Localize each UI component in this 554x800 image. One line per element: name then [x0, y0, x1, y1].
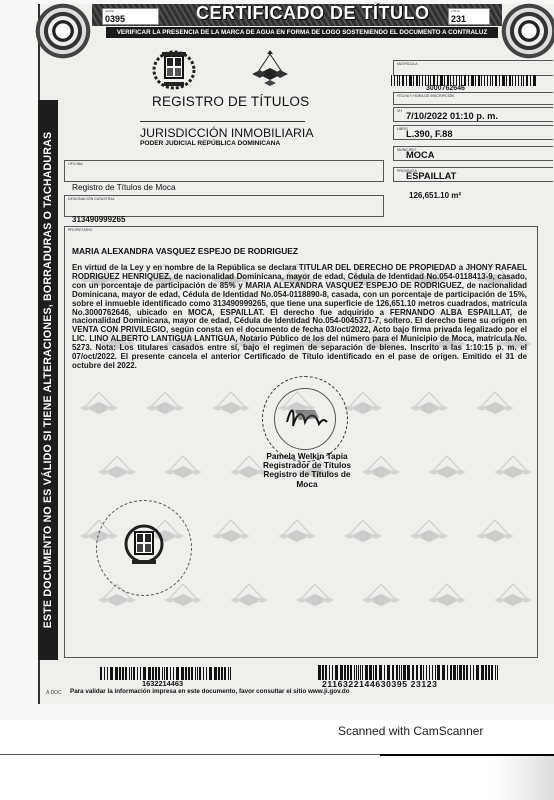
watermark-emblem-icon	[474, 518, 516, 546]
certificate-title: CERTIFICADO DE TÍTULO	[196, 3, 430, 24]
owner-name: MARIA ALEXANDRA VASQUEZ ESPEJO DE RODRIG…	[72, 246, 298, 256]
watermark-emblem-icon	[360, 582, 402, 610]
serial-right-box: FOLIO 231	[448, 8, 490, 25]
watermark-emblem-icon	[162, 454, 204, 482]
validation-notice: Para validar la información impresa en e…	[70, 688, 350, 695]
libro-value: L.390, F.88	[406, 129, 453, 139]
registry-emblem-icon	[246, 48, 294, 88]
watermark-emblem-icon	[144, 390, 186, 418]
designacion-value: 313490999265	[72, 215, 125, 224]
matricula-number: 3000762646	[426, 85, 465, 92]
watermark-emblem-icon	[360, 454, 402, 482]
watermark-emblem-icon	[96, 454, 138, 482]
provincia-value: ESPAILLAT	[406, 171, 456, 181]
seal-coat-of-arms-icon	[124, 522, 164, 566]
watermark-emblem-icon	[276, 518, 318, 546]
libro-field: LIBRO L.390, F.88	[393, 125, 553, 140]
municipio-field: MUNICIPIO MOCA	[393, 146, 553, 161]
verify-notice: VERIFICAR LA PRESENCIA DE LA MARCA DE AG…	[106, 27, 498, 38]
watermark-emblem-icon	[426, 582, 468, 610]
superficie-value: 126,651.10 m²	[409, 191, 461, 200]
signature-scribble-icon	[285, 402, 329, 432]
watermark-emblem-icon	[342, 518, 384, 546]
camscanner-watermark: Scanned with CamScanner	[338, 724, 483, 738]
registrar-office: Registro de Títulos de Moca	[252, 470, 362, 488]
fecha-value-field: VH 7/10/2022 01:10 p. m.	[393, 107, 553, 122]
signature-block: Pamela Welkin Tapia Registrador de Títul…	[252, 452, 362, 489]
ornament-corner-left-icon	[34, 2, 92, 60]
coat-of-arms-icon	[152, 48, 196, 90]
matricula-field: MATRÍCULA	[393, 60, 553, 76]
watermark-emblem-icon	[228, 582, 270, 610]
watermark-emblem-icon	[78, 390, 120, 418]
title-declaration-text: En virtud de la Ley y en nombre de la Re…	[72, 264, 527, 371]
watermark-emblem-icon	[474, 390, 516, 418]
serial-left-box: SERIE 0395	[102, 8, 159, 25]
jurisdiction-heading: JURISDICCIÓN INMOBILIARIA	[140, 126, 314, 140]
barcode-left-number: 1632214463	[142, 679, 183, 688]
watermark-emblem-icon	[492, 582, 534, 610]
watermark-emblem-icon	[342, 390, 384, 418]
judicial-power-subheading: PODER JUDICIAL REPÚBLICA DOMINICANA	[140, 140, 280, 147]
watermark-emblem-icon	[210, 518, 252, 546]
serial-left: 0395	[105, 14, 125, 24]
registry-heading: REGISTRO DE TÍTULOS	[152, 94, 309, 109]
fecha-label-field: FECHA Y HORA DE INSCRIPCIÓN	[393, 92, 553, 105]
watermark-emblem-icon	[408, 390, 450, 418]
municipio-value: MOCA	[406, 150, 434, 160]
ornament-corner-right-icon	[500, 2, 554, 60]
watermark-emblem-icon	[408, 518, 450, 546]
watermark-emblem-icon	[426, 454, 468, 482]
bottom-barcode-right	[318, 665, 498, 680]
designacion-field: DESIGNACIÓN CATASTRAL	[64, 195, 384, 217]
oficina-value: Registro de Títulos de Moca	[72, 182, 176, 192]
provincia-field: PROVINCIA ESPAILLAT	[393, 167, 553, 182]
validate-prefix: A DOC	[46, 690, 62, 696]
header-divider	[140, 121, 305, 122]
watermark-emblem-icon	[294, 582, 336, 610]
next-page-edge	[494, 756, 554, 800]
oficina-field: OFICINA	[64, 160, 384, 182]
watermark-emblem-icon	[492, 454, 534, 482]
side-warning-text: ESTE DOCUMENTO NO ES VÁLIDO SI TIENE ALT…	[42, 132, 54, 628]
serial-right: 231	[451, 14, 466, 24]
watermark-emblem-icon	[210, 390, 252, 418]
fecha-value: 7/10/2022 01:10 p. m.	[406, 111, 498, 121]
